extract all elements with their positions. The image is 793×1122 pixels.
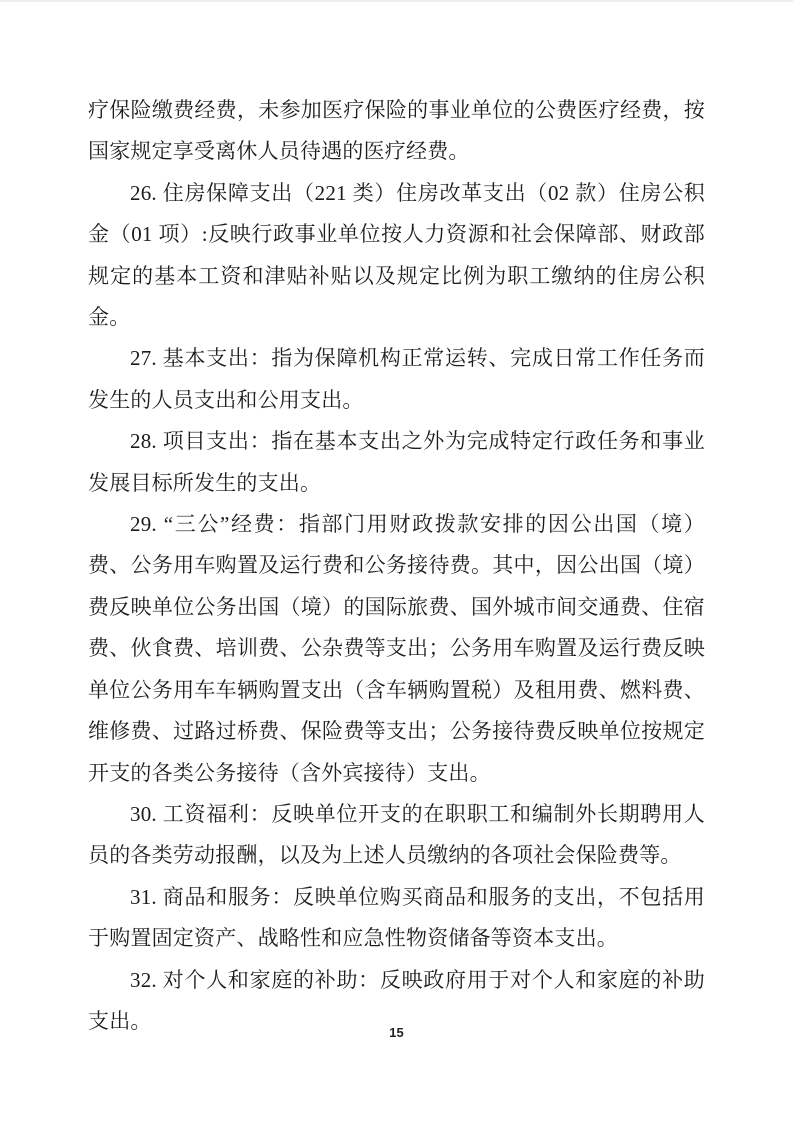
paragraph-item-31: 31. 商品和服务：反映单位购买商品和服务的支出，不包括用于购置固定资产、战略性… — [88, 877, 705, 960]
page-number: 15 — [389, 1025, 403, 1040]
page-footer: 15 — [0, 1024, 793, 1042]
document-page: 疗保险缴费经费，未参加医疗保险的事业单位的公费医疗经费，按国家规定享受离休人员待… — [0, 0, 793, 1122]
paragraph-item-26: 26. 住房保障支出（221 类）住房改革支出（02 款）住房公积金（01 项）… — [88, 173, 705, 339]
paragraph-item-28: 28. 项目支出：指在基本支出之外为完成特定行政任务和事业发展目标所发生的支出。 — [88, 421, 705, 504]
paragraph-continuation: 疗保险缴费经费，未参加医疗保险的事业单位的公费医疗经费，按国家规定享受离休人员待… — [88, 90, 705, 173]
paragraph-item-30: 30. 工资福利：反映单位开支的在职职工和编制外长期聘用人员的各类劳动报酬，以及… — [88, 794, 705, 877]
paragraph-item-27: 27. 基本支出：指为保障机构正常运转、完成日常工作任务而发生的人员支出和公用支… — [88, 338, 705, 421]
paragraph-item-29: 29. “三公”经费：指部门用财政拨款安排的因公出国（境）费、公务用车购置及运行… — [88, 504, 705, 794]
document-body: 疗保险缴费经费，未参加医疗保险的事业单位的公费医疗经费，按国家规定享受离休人员待… — [88, 90, 705, 1042]
